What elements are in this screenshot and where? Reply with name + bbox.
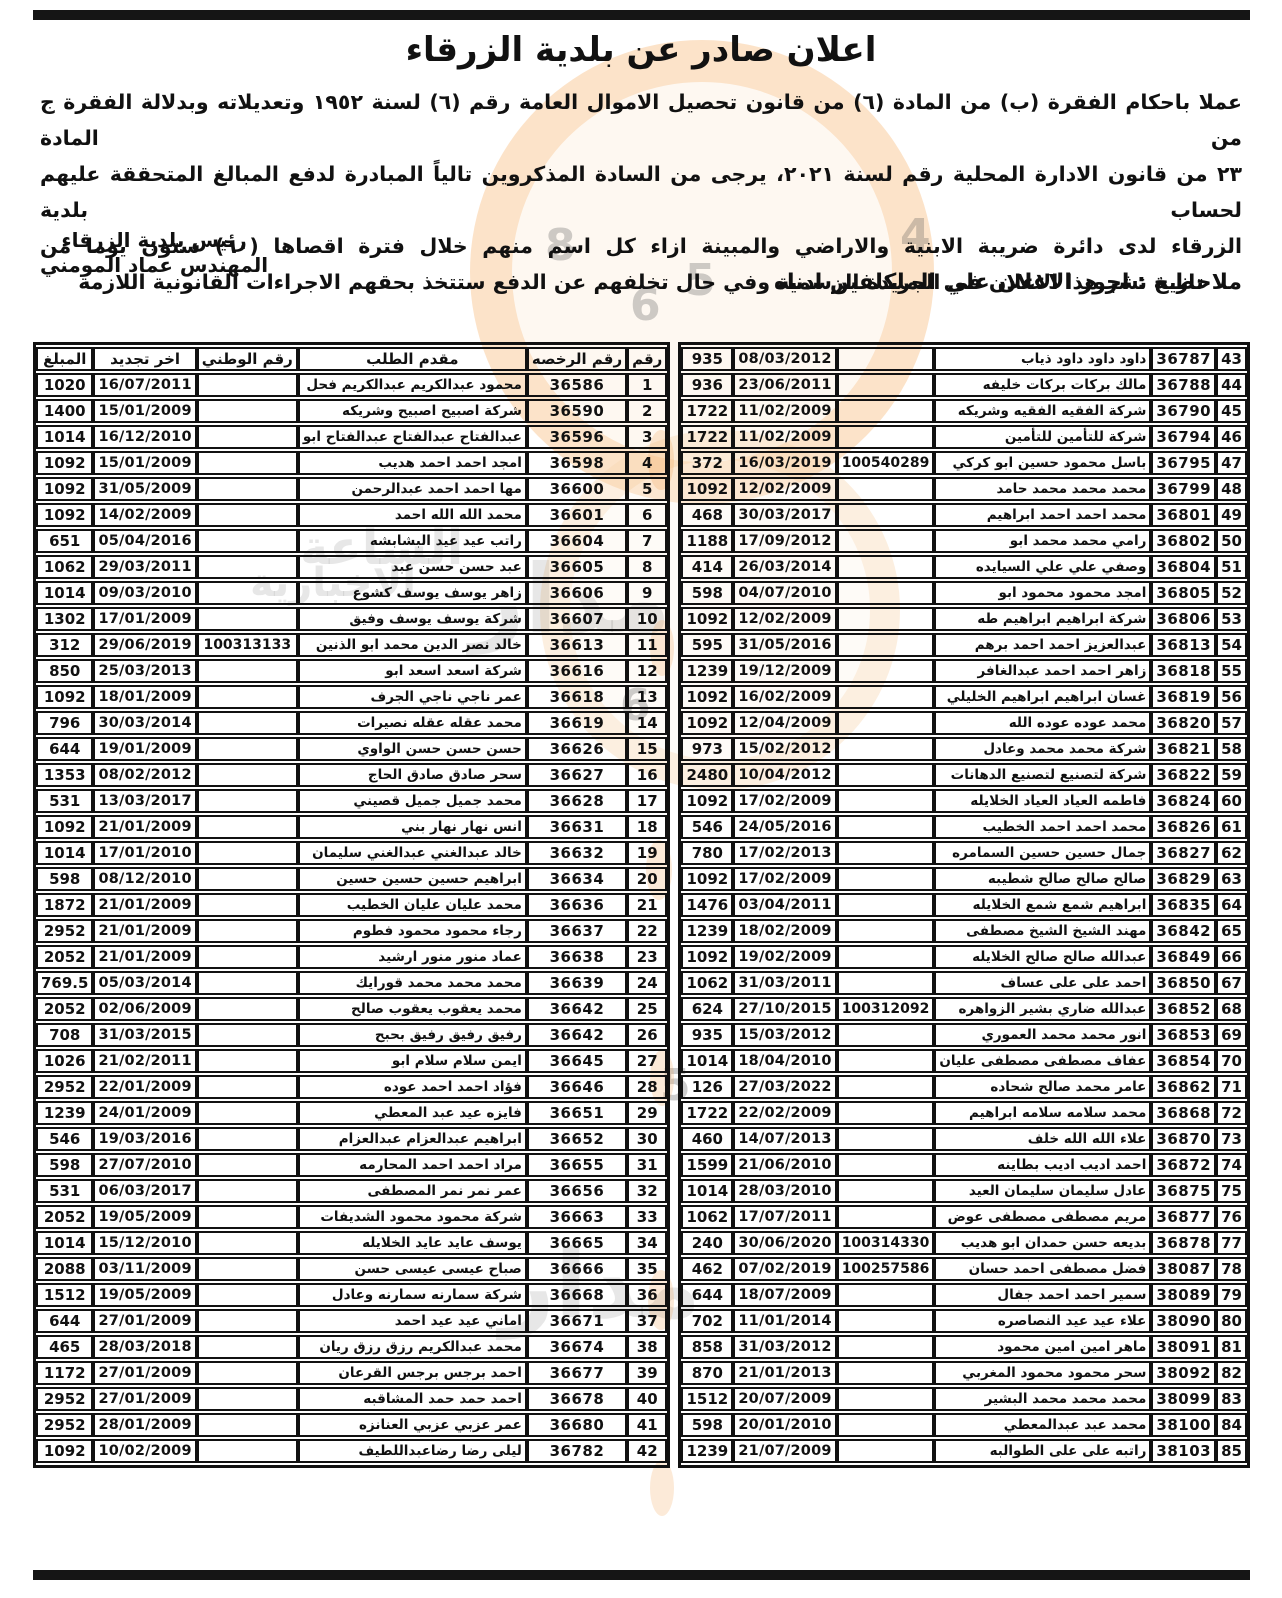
- cell-amount: 1722: [681, 425, 733, 449]
- cell-amount: 1092: [36, 503, 93, 527]
- cell-amount: 465: [36, 1335, 93, 1359]
- cell-last-renewal-date: 24/01/2009: [93, 1101, 196, 1125]
- cell-license-number: 36636: [527, 893, 627, 917]
- cell-last-renewal-date: 12/02/2009: [733, 477, 836, 501]
- cell-last-renewal-date: 18/04/2010: [733, 1049, 836, 1073]
- cell-license-number: 36586: [527, 373, 627, 397]
- cell-applicant-name: احمد على على عساف: [934, 971, 1151, 995]
- cell-applicant-name: محمد عقله عقله نصيرات: [298, 711, 527, 735]
- cell-national-id: [197, 1231, 298, 1255]
- cell-amount: 973: [681, 737, 733, 761]
- table-row: 8238092سحر محمود محمود المغربي21/01/2013…: [681, 1361, 1247, 1385]
- cell-national-id: [197, 425, 298, 449]
- cell-applicant-name: شركة يوسف يوسف وفيق: [298, 607, 527, 631]
- table-row: 2536642محمد يعقوب يعقوب صالح02/06/200920…: [36, 997, 667, 1021]
- cell-amount: 2052: [36, 997, 93, 1021]
- cell-last-renewal-date: 12/02/2009: [733, 607, 836, 631]
- cell-applicant-name: يوسف عايد عايد الخلايله: [298, 1231, 527, 1255]
- cell-applicant-name: سمير احمد احمد جفال: [934, 1283, 1151, 1307]
- table-row: 3936677احمد برجس برجس القرعان27/01/20091…: [36, 1361, 667, 1385]
- cell-amount: 2052: [36, 945, 93, 969]
- cell-amount: 1872: [36, 893, 93, 917]
- cell-national-id: [837, 425, 935, 449]
- table-row: 5736820محمد عوده عوده الله12/04/20091092: [681, 711, 1247, 735]
- cell-amount: 598: [681, 1413, 733, 1437]
- cell-applicant-name: مالك بركات بركات خليفه: [934, 373, 1151, 397]
- note-signature-band: رئيس بلدية الزرقاء المهندس عماد المومني …: [40, 228, 1242, 328]
- cell-row-number: 26: [627, 1023, 667, 1047]
- cell-applicant-name: علاء عيد عيد النصاصره: [934, 1309, 1151, 1333]
- cell-applicant-name: زاهر احمد احمد عبدالغافر: [934, 659, 1151, 683]
- cell-row-number: 51: [1216, 555, 1247, 579]
- cell-national-id: [837, 1439, 935, 1463]
- table-row: 1636627سحر صادق صادق الحاج08/02/20121353: [36, 763, 667, 787]
- cell-last-renewal-date: 27/10/2015: [733, 997, 836, 1021]
- table-row: 5236805امجد محمود محمود ابو04/07/2010598: [681, 581, 1247, 605]
- cell-applicant-name: محمد محمد محمد حامد: [934, 477, 1151, 501]
- cell-national-id: [197, 841, 298, 865]
- table-row: 4436788مالك بركات بركات خليفه23/06/20119…: [681, 373, 1247, 397]
- cell-applicant-name: عمر نمر نمر المصطفى: [298, 1179, 527, 1203]
- cell-amount: 546: [36, 1127, 93, 1151]
- cell-applicant-name: محمد يعقوب يعقوب صالح: [298, 997, 527, 1021]
- cell-national-id: [197, 1257, 298, 1281]
- cell-last-renewal-date: 30/03/2017: [733, 503, 836, 527]
- table-row: 8038090علاء عيد عيد النصاصره11/01/201470…: [681, 1309, 1247, 1333]
- cell-national-id: [837, 685, 935, 709]
- cell-amount: 1062: [681, 1205, 733, 1229]
- cell-last-renewal-date: 03/04/2011: [733, 893, 836, 917]
- cell-last-renewal-date: 05/04/2016: [93, 529, 196, 553]
- table-row: 6736850احمد على على عساف31/03/20111062: [681, 971, 1247, 995]
- cell-applicant-name: شركة لتصنيع لتصنيع الدهانات: [934, 763, 1151, 787]
- cell-applicant-name: شركة الفقيه الفقيه وشريكه: [934, 399, 1151, 423]
- cell-row-number: 74: [1216, 1153, 1247, 1177]
- cell-national-id: [197, 1361, 298, 1385]
- cell-license-number: 36875: [1151, 1179, 1216, 1203]
- cell-last-renewal-date: 16/03/2019: [733, 451, 836, 475]
- cell-row-number: 76: [1216, 1205, 1247, 1229]
- cell-last-renewal-date: 10/02/2009: [93, 1439, 196, 1463]
- cell-row-number: 65: [1216, 919, 1247, 943]
- cell-national-id: [197, 1179, 298, 1203]
- cell-amount: 1014: [36, 1231, 93, 1255]
- cell-applicant-name: عبدالله ضاري بشير الزواهره: [934, 997, 1151, 1021]
- table-row: 5136804وصفي علي علي السيايده26/03/201441…: [681, 555, 1247, 579]
- table-row: 636601محمد الله الله احمد14/02/20091092: [36, 503, 667, 527]
- cell-license-number: 36605: [527, 555, 627, 579]
- cell-license-number: 36613: [527, 633, 627, 657]
- cell-applicant-name: جمال حسين حسين السمامره: [934, 841, 1151, 865]
- cell-row-number: 63: [1216, 867, 1247, 891]
- cell-applicant-name: سحر صادق صادق الحاج: [298, 763, 527, 787]
- cell-national-id: [837, 763, 935, 787]
- cell-last-renewal-date: 19/01/2009: [93, 737, 196, 761]
- cell-amount: 935: [681, 347, 733, 371]
- cell-national-id: [197, 555, 298, 579]
- cell-national-id: [837, 841, 935, 865]
- cell-amount: 644: [36, 737, 93, 761]
- cell-applicant-name: عفاف مصطفى مصطفى عليان: [934, 1049, 1151, 1073]
- cell-row-number: 85: [1216, 1439, 1247, 1463]
- cell-row-number: 7: [627, 529, 667, 553]
- cell-last-renewal-date: 20/07/2009: [733, 1387, 836, 1411]
- cell-amount: 624: [681, 997, 733, 1021]
- cell-row-number: 67: [1216, 971, 1247, 995]
- table-row: 2136636محمد عليان عليان الخطيب21/01/2009…: [36, 893, 667, 917]
- cell-applicant-name: ابراهيم عبدالعزام عبدالعزام: [298, 1127, 527, 1151]
- table-row: 1936632خالد عبدالغني عبدالغني سليمان17/0…: [36, 841, 667, 865]
- cell-applicant-name: ابراهيم حسين حسين حسين: [298, 867, 527, 891]
- table-row: 6336829صالح صالح صالح شطيبه17/02/2009109…: [681, 867, 1247, 891]
- cell-amount: 1092: [36, 451, 93, 475]
- cell-amount: 531: [36, 1179, 93, 1203]
- cell-applicant-name: محمد جميل جميل قصيني: [298, 789, 527, 813]
- table-row: 8438100محمد عبد عبدالمعطي20/01/2010598: [681, 1413, 1247, 1437]
- table-row: 4736795باسل محمود حسين ابو كركي100540289…: [681, 451, 1247, 475]
- cell-national-id: [837, 607, 935, 631]
- cell-last-renewal-date: 11/01/2014: [733, 1309, 836, 1333]
- cell-last-renewal-date: 21/01/2013: [733, 1361, 836, 1385]
- cell-amount: 1062: [36, 555, 93, 579]
- cell-license-number: 36818: [1151, 659, 1216, 683]
- cell-row-number: 6: [627, 503, 667, 527]
- cell-last-renewal-date: 17/02/2009: [733, 789, 836, 813]
- cell-national-id: [197, 399, 298, 423]
- cell-row-number: 75: [1216, 1179, 1247, 1203]
- table-row: 1436619محمد عقله عقله نصيرات30/03/201479…: [36, 711, 667, 735]
- cell-applicant-name: اماني عيد عيد احمد: [298, 1309, 527, 1333]
- cell-national-id: [837, 1335, 935, 1359]
- cell-amount: 702: [681, 1309, 733, 1333]
- cell-row-number: 80: [1216, 1309, 1247, 1333]
- note-text: ملاحظـة : اجور الاعلان علي الملكلفين ادن…: [774, 270, 1242, 295]
- cell-license-number: 36819: [1151, 685, 1216, 709]
- cell-row-number: 12: [627, 659, 667, 683]
- cell-last-renewal-date: 14/02/2009: [93, 503, 196, 527]
- table-row: 1536626حسن حسن حسن الواوي19/01/2009644: [36, 737, 667, 761]
- cell-last-renewal-date: 13/03/2017: [93, 789, 196, 813]
- cell-last-renewal-date: 06/03/2017: [93, 1179, 196, 1203]
- cell-national-id: [837, 867, 935, 891]
- cell-last-renewal-date: 11/02/2009: [733, 399, 836, 423]
- cell-applicant-name: راتبه على على الطوالبه: [934, 1439, 1151, 1463]
- cell-applicant-name: خالد نصر الدين محمد ابو الذنين: [298, 633, 527, 657]
- cell-amount: 780: [681, 841, 733, 865]
- cell-applicant-name: محمد محمد محمد قورايك: [298, 971, 527, 995]
- cell-national-id: [837, 1153, 935, 1177]
- cell-last-renewal-date: 17/01/2010: [93, 841, 196, 865]
- cell-national-id: [197, 1205, 298, 1229]
- cell-row-number: 17: [627, 789, 667, 813]
- table-row: 4136680عمر عزبي عزبي العنانزه28/01/20092…: [36, 1413, 667, 1437]
- cell-license-number: 36663: [527, 1205, 627, 1229]
- table-row: 6836852عبدالله ضاري بشير الزواهره1003120…: [681, 997, 1247, 1021]
- cell-license-number: 36666: [527, 1257, 627, 1281]
- table-row: 8538103راتبه على على الطوالبه21/07/20091…: [681, 1439, 1247, 1463]
- cell-amount: 1014: [36, 425, 93, 449]
- table-row: 2636642رفيق رفيق رفيق بحبح31/03/2015708: [36, 1023, 667, 1047]
- cell-license-number: 36802: [1151, 529, 1216, 553]
- cell-national-id: [837, 373, 935, 397]
- cell-row-number: 41: [627, 1413, 667, 1437]
- cell-amount: 1014: [681, 1049, 733, 1073]
- cell-amount: 2952: [36, 919, 93, 943]
- table-row: 7736878بديعه حسن حمدان ابو هديب100314330…: [681, 1231, 1247, 1255]
- header-national-id: رقم الوطني: [197, 347, 298, 371]
- cell-row-number: 39: [627, 1361, 667, 1385]
- cell-last-renewal-date: 17/02/2009: [733, 867, 836, 891]
- cell-national-id: [197, 685, 298, 709]
- cell-row-number: 48: [1216, 477, 1247, 501]
- cell-applicant-name: رفيق رفيق رفيق بحبح: [298, 1023, 527, 1047]
- cell-row-number: 44: [1216, 373, 1247, 397]
- cell-row-number: 34: [627, 1231, 667, 1255]
- cell-last-renewal-date: 18/07/2009: [733, 1283, 836, 1307]
- cell-applicant-name: باسل محمود حسين ابو كركي: [934, 451, 1151, 475]
- cell-amount: 312: [36, 633, 93, 657]
- table-row: 3036652ابراهيم عبدالعزام عبدالعزام19/03/…: [36, 1127, 667, 1151]
- cell-license-number: 36600: [527, 477, 627, 501]
- table-body-left: 4336787داود داود داود ذياب08/03/20129354…: [681, 347, 1247, 1463]
- cell-license-number: 36619: [527, 711, 627, 735]
- table-row: 4036678احمد حمد حمد المشاقبه27/01/200929…: [36, 1387, 667, 1411]
- cell-amount: 2952: [36, 1387, 93, 1411]
- cell-applicant-name: سحر محمود محمود المغربي: [934, 1361, 1151, 1385]
- table-row: 6136826محمد احمد احمد الخطيب24/05/201654…: [681, 815, 1247, 839]
- cell-row-number: 15: [627, 737, 667, 761]
- cell-license-number: 36820: [1151, 711, 1216, 735]
- cell-applicant-name: ايمن سلام سلام ابو: [298, 1049, 527, 1073]
- table-row: 536600مها احمد احمد عبدالرحمن31/05/20091…: [36, 477, 667, 501]
- cell-license-number: 36642: [527, 1023, 627, 1047]
- cell-row-number: 84: [1216, 1413, 1247, 1437]
- header-license-number: رقم الرخصه: [527, 347, 627, 371]
- cell-last-renewal-date: 21/01/2009: [93, 893, 196, 917]
- table-row: 3436665يوسف عايد عايد الخلايله15/12/2010…: [36, 1231, 667, 1255]
- cell-last-renewal-date: 27/07/2010: [93, 1153, 196, 1177]
- cell-national-id: [837, 1075, 935, 1099]
- cell-license-number: 36671: [527, 1309, 627, 1333]
- cell-row-number: 46: [1216, 425, 1247, 449]
- cell-applicant-name: عبدالله صالح صالح الخلايله: [934, 945, 1151, 969]
- cell-last-renewal-date: 16/07/2011: [93, 373, 196, 397]
- cell-license-number: 36590: [527, 399, 627, 423]
- cell-last-renewal-date: 31/03/2011: [733, 971, 836, 995]
- cell-license-number: 36853: [1151, 1023, 1216, 1047]
- cell-national-id: [197, 893, 298, 917]
- cell-amount: 1353: [36, 763, 93, 787]
- cell-last-renewal-date: 21/01/2009: [93, 919, 196, 943]
- cell-applicant-name: فايزه عيد عبد المعطي: [298, 1101, 527, 1125]
- cell-amount: 936: [681, 373, 733, 397]
- cell-applicant-name: مراد احمد احمد المحارمه: [298, 1153, 527, 1177]
- table-row: 4936801محمد احمد احمد ابراهيم30/03/20174…: [681, 503, 1247, 527]
- table-row: 2036634ابراهيم حسين حسين حسين08/12/20105…: [36, 867, 667, 891]
- cell-applicant-name: فاطمه العياد العياد الخلايله: [934, 789, 1151, 813]
- cell-row-number: 18: [627, 815, 667, 839]
- cell-applicant-name: محمد عليان عليان الخطيب: [298, 893, 527, 917]
- cell-national-id: [197, 1023, 298, 1047]
- cell-amount: 769.5: [36, 971, 93, 995]
- cell-national-id: [837, 659, 935, 683]
- cell-amount: 372: [681, 451, 733, 475]
- cell-license-number: 36842: [1151, 919, 1216, 943]
- cell-row-number: 37: [627, 1309, 667, 1333]
- cell-applicant-name: مهند الشيخ الشيخ مصطفى: [934, 919, 1151, 943]
- table-row: 5436813عبدالعزيز احمد احمد برهم31/05/201…: [681, 633, 1247, 657]
- table-row: 2936651فايزه عيد عبد المعطي24/01/2009123…: [36, 1101, 667, 1125]
- table-row: 6636849عبدالله صالح صالح الخلايله19/02/2…: [681, 945, 1247, 969]
- cell-national-id: [837, 1179, 935, 1203]
- cell-applicant-name: انس نهار نهار بني: [298, 815, 527, 839]
- cell-last-renewal-date: 21/06/2010: [733, 1153, 836, 1177]
- cell-amount: 1092: [36, 685, 93, 709]
- cell-amount: 1092: [681, 945, 733, 969]
- cell-applicant-name: شركة ابراهيم ابراهيم طه: [934, 607, 1151, 631]
- cell-license-number: 36852: [1151, 997, 1216, 1021]
- cell-last-renewal-date: 18/02/2009: [733, 919, 836, 943]
- cell-license-number: 36822: [1151, 763, 1216, 787]
- cell-license-number: 36655: [527, 1153, 627, 1177]
- cell-last-renewal-date: 12/04/2009: [733, 711, 836, 735]
- cell-applicant-name: عمر ناجي ناجي الجرف: [298, 685, 527, 709]
- cell-row-number: 29: [627, 1101, 667, 1125]
- table-row: 5336806شركة ابراهيم ابراهيم طه12/02/2009…: [681, 607, 1247, 631]
- cell-row-number: 58: [1216, 737, 1247, 761]
- cell-license-number: 36821: [1151, 737, 1216, 761]
- cell-row-number: 43: [1216, 347, 1247, 371]
- cell-row-number: 33: [627, 1205, 667, 1229]
- cell-row-number: 5: [627, 477, 667, 501]
- cell-license-number: 36642: [527, 997, 627, 1021]
- table-row: 6536842مهند الشيخ الشيخ مصطفى18/02/20091…: [681, 919, 1247, 943]
- cell-license-number: 36645: [527, 1049, 627, 1073]
- cell-row-number: 10: [627, 607, 667, 631]
- cell-amount: 1020: [36, 373, 93, 397]
- cell-row-number: 28: [627, 1075, 667, 1099]
- cell-amount: 598: [36, 867, 93, 891]
- cell-last-renewal-date: 16/02/2009: [733, 685, 836, 709]
- cell-applicant-name: شركة محمود محمود الشديفات: [298, 1205, 527, 1229]
- cell-national-id: [837, 1023, 935, 1047]
- cell-license-number: 36872: [1151, 1153, 1216, 1177]
- cell-row-number: 54: [1216, 633, 1247, 657]
- table-row: 6936853انور محمد محمد العموري15/03/20129…: [681, 1023, 1247, 1047]
- table-row: 5536818زاهر احمد احمد عبدالغافر19/12/200…: [681, 659, 1247, 683]
- cell-row-number: 23: [627, 945, 667, 969]
- cell-license-number: 36598: [527, 451, 627, 475]
- cell-applicant-name: شركة اصبيح اصبيح وشريكه: [298, 399, 527, 423]
- cell-last-renewal-date: 10/04/2012: [733, 763, 836, 787]
- cell-last-renewal-date: 11/02/2009: [733, 425, 836, 449]
- table-row: 1736628محمد جميل جميل قصيني13/03/2017531: [36, 789, 667, 813]
- cell-row-number: 1: [627, 373, 667, 397]
- cell-national-id: 100540289: [837, 451, 935, 475]
- table-row: 2336638عماد منور منور ارشيد21/01/2009205…: [36, 945, 667, 969]
- table-row: 6236827جمال حسين حسين السمامره17/02/2013…: [681, 841, 1247, 865]
- cell-national-id: 100314330: [837, 1231, 935, 1255]
- cell-license-number: 38087: [1151, 1257, 1216, 1281]
- cell-applicant-name: عمر عزبي عزبي العنانزه: [298, 1413, 527, 1437]
- cell-last-renewal-date: 27/01/2009: [93, 1309, 196, 1333]
- cell-national-id: [837, 737, 935, 761]
- cell-amount: 1092: [681, 789, 733, 813]
- cell-national-id: [837, 503, 935, 527]
- table-row: 2236637رجاء محمود محمود فطوم21/01/200929…: [36, 919, 667, 943]
- cell-last-renewal-date: 15/02/2012: [733, 737, 836, 761]
- cell-amount: 531: [36, 789, 93, 813]
- cell-national-id: [197, 711, 298, 735]
- cell-amount: 1172: [36, 1361, 93, 1385]
- cell-amount: 1512: [36, 1283, 93, 1307]
- cell-applicant-name: زاهر يوسف يوسف كشوع: [298, 581, 527, 605]
- cell-national-id: [197, 1153, 298, 1177]
- cell-row-number: 21: [627, 893, 667, 917]
- cell-applicant-name: فضل مصطفى احمد حسان: [934, 1257, 1151, 1281]
- cell-row-number: 56: [1216, 685, 1247, 709]
- table-body-right: 136586محمود عبدالكريم عبدالكريم فحل16/07…: [36, 373, 667, 1463]
- cell-amount: 870: [681, 1361, 733, 1385]
- cell-license-number: 36628: [527, 789, 627, 813]
- cell-national-id: [197, 971, 298, 995]
- cell-amount: 1476: [681, 893, 733, 917]
- cell-license-number: 36849: [1151, 945, 1216, 969]
- cell-license-number: 38100: [1151, 1413, 1216, 1437]
- cell-last-renewal-date: 31/03/2012: [733, 1335, 836, 1359]
- cell-row-number: 83: [1216, 1387, 1247, 1411]
- cell-license-number: 36835: [1151, 893, 1216, 917]
- cell-applicant-name: عماد منور منور ارشيد: [298, 945, 527, 969]
- cell-national-id: [837, 971, 935, 995]
- cell-amount: 460: [681, 1127, 733, 1151]
- cell-national-id: [197, 1101, 298, 1125]
- cell-amount: 2952: [36, 1075, 93, 1099]
- table-row: 1336618عمر ناجي ناجي الجرف18/01/20091092: [36, 685, 667, 709]
- cell-license-number: 36638: [527, 945, 627, 969]
- cell-amount: 1014: [36, 841, 93, 865]
- cell-last-renewal-date: 15/03/2012: [733, 1023, 836, 1047]
- cell-license-number: 36870: [1151, 1127, 1216, 1151]
- cell-amount: 1092: [681, 607, 733, 631]
- table-row: 336596عبدالفتاح عبدالفتاح عبدالفتاح ابو1…: [36, 425, 667, 449]
- cell-last-renewal-date: 22/02/2009: [733, 1101, 836, 1125]
- cell-license-number: 36788: [1151, 373, 1216, 397]
- cell-last-renewal-date: 15/01/2009: [93, 451, 196, 475]
- cell-national-id: [837, 1205, 935, 1229]
- cell-license-number: 38091: [1151, 1335, 1216, 1359]
- cell-last-renewal-date: 19/05/2009: [93, 1205, 196, 1229]
- table-row: 5636819غسان ابراهيم ابراهيم الخليلي16/02…: [681, 685, 1247, 709]
- cell-applicant-name: ابراهيم شمع شمع الخلايله: [934, 893, 1151, 917]
- cell-row-number: 45: [1216, 399, 1247, 423]
- cell-row-number: 4: [627, 451, 667, 475]
- header-last-renewal: اخر تجديد: [93, 347, 196, 371]
- table-row: 3336663شركة محمود محمود الشديفات19/05/20…: [36, 1205, 667, 1229]
- cell-license-number: 38099: [1151, 1387, 1216, 1411]
- cell-national-id: [837, 1413, 935, 1437]
- cell-applicant-name: خالد عبدالغني عبدالغني سليمان: [298, 841, 527, 865]
- cell-license-number: 36813: [1151, 633, 1216, 657]
- cell-last-renewal-date: 23/06/2011: [733, 373, 836, 397]
- cell-license-number: 36877: [1151, 1205, 1216, 1229]
- cell-amount: 935: [681, 1023, 733, 1047]
- cell-row-number: 49: [1216, 503, 1247, 527]
- cell-amount: 1092: [36, 1439, 93, 1463]
- table-row: 7938089سمير احمد احمد جفال18/07/2009644: [681, 1283, 1247, 1307]
- table-row: 2436639محمد محمد محمد قورايك05/03/201476…: [36, 971, 667, 995]
- table-row: 3536666صباح عيسى عيسى حسن03/11/20092088: [36, 1257, 667, 1281]
